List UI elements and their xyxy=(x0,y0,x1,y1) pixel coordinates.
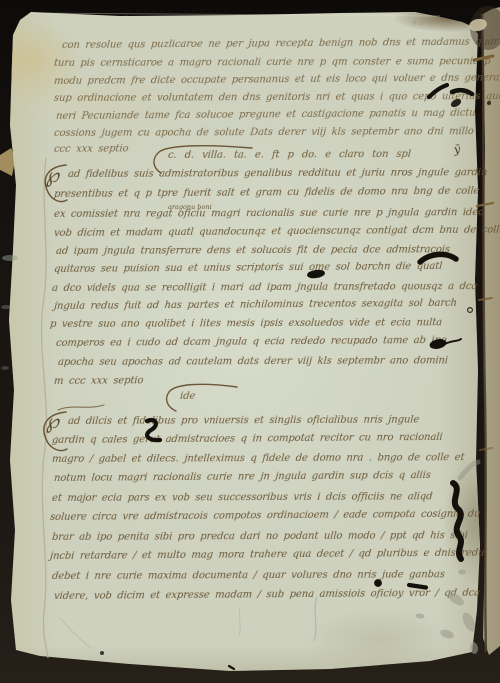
manuscript-line: brar ab ipo penita sibi pro predca dari … xyxy=(52,530,469,543)
paragraph-initial: ℘ xyxy=(44,162,60,187)
manuscript-line: ccc xxx septio xyxy=(53,143,128,155)
manuscript-line: ad dilcis et fidelibus pro vniuersis et … xyxy=(68,414,420,427)
manuscript-line: notum locu magri racionalis curie nre jn… xyxy=(53,470,431,484)
manuscript-line: con resolue qus puzlicaroe ne per jupa r… xyxy=(61,37,498,51)
manuscript-line: neri Pecuniande tame fca solucoe pregune… xyxy=(55,108,476,122)
manuscript-line: comperos ea i cudo ad dcam jngula q ecia… xyxy=(55,335,447,349)
manuscript-line: soluere circa vre admistracois compotos … xyxy=(49,509,480,523)
manuscript-line: jngula redus fuit ad has partes et nichi… xyxy=(53,298,457,312)
manuscript-line: modu predcm fre dicte occupate persananu… xyxy=(53,72,500,87)
interlinear-insertion: aragonu boni xyxy=(168,203,212,211)
manuscript-photo: con resolue qus puzlicaroe ne per jupa r… xyxy=(0,0,500,683)
manuscript-line: apocha seu apochas ad cautelam dats dere… xyxy=(58,355,449,368)
handwritten-text-layer: con resolue qus puzlicaroe ne per jupa r… xyxy=(0,0,500,683)
manuscript-line: a dco videls qua se recolligit i mari ad… xyxy=(52,281,478,294)
manuscript-line: debet i nre curie maxima documenta / qua… xyxy=(52,569,446,582)
manuscript-line: cossions jugem cu apocha de solute Dats … xyxy=(54,126,475,139)
register-annotation: c. d. villa. ta. e. ft p do. e claro ton… xyxy=(168,149,412,161)
manuscript-line: quitaros seu puision sua et unius script… xyxy=(53,261,442,275)
corner-inscription: 9 armi xyxy=(412,18,435,27)
manuscript-line: presentibus et q p tpre fuerit salt et g… xyxy=(53,186,479,200)
manuscript-line: m ccc xxx septio xyxy=(53,375,143,387)
manuscript-line: ad fidelibus suis admistratoribus genali… xyxy=(68,167,488,180)
manuscript-line: p vestre suo ano quolibet i lites mesis … xyxy=(50,317,443,330)
register-annotation: ide xyxy=(180,391,196,402)
manuscript-line: ex comissiet nra regat oficiu magri raci… xyxy=(54,207,485,220)
manuscript-line: vob dicim et madam quatl quandocunqz et … xyxy=(53,224,500,239)
manuscript-line: ad ipam jngula transferrare dens et solu… xyxy=(56,244,451,257)
manuscript-line: jncbi retardare / et multo mag mora trah… xyxy=(49,548,484,562)
manuscript-line: magro / gabel et dilecs. jntelleximus q … xyxy=(52,452,465,465)
paragraph-initial: ℘ xyxy=(44,408,60,433)
manuscript-line: sup ordinacione et voluntatem den dns ge… xyxy=(54,91,500,104)
manuscript-line: gardin q cales gerut admistracioes q in … xyxy=(51,432,443,446)
manuscript-line: et major ecia pars ex vob seu successori… xyxy=(52,491,433,504)
margin-mark: ỹ xyxy=(453,143,461,157)
manuscript-line: tura pis cernsticaroe a magro racionali … xyxy=(54,56,491,69)
manuscript-line: videre, vob dicim et expresse madam / su… xyxy=(53,588,480,602)
